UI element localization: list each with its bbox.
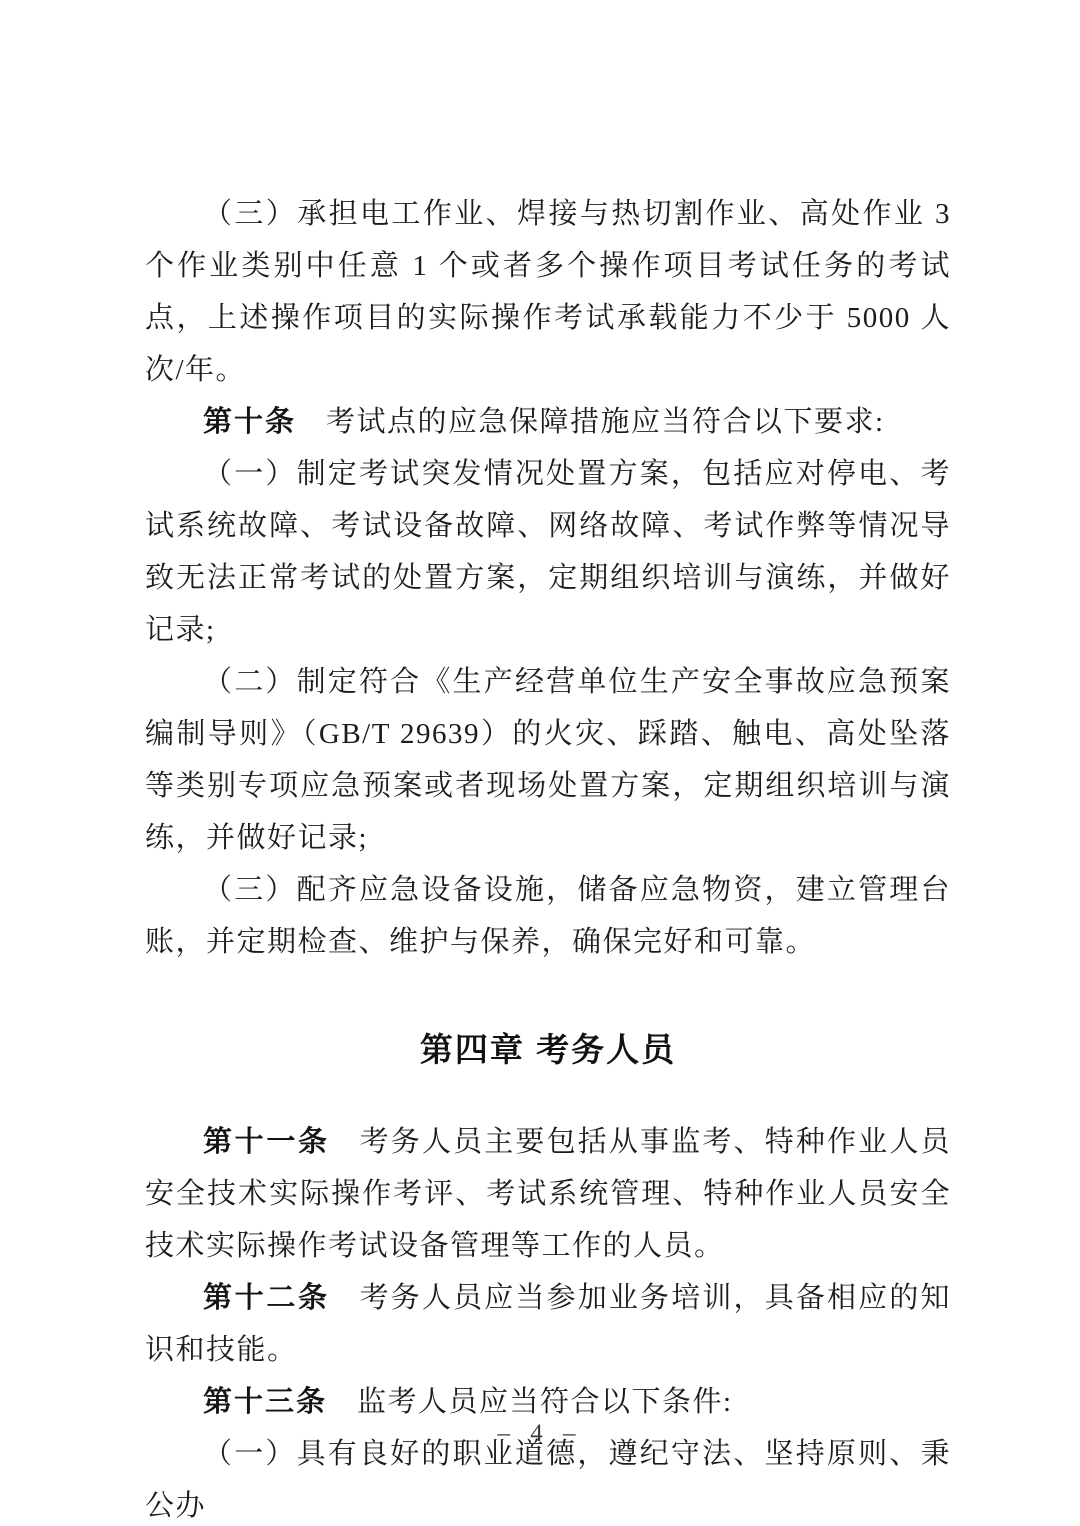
article-12: 第十二条考务人员应当参加业务培训，具备相应的知识和技能。 bbox=[145, 1272, 951, 1376]
article-10-text: 考试点的应急保障措施应当符合以下要求: bbox=[326, 406, 885, 438]
article-13-text: 监考人员应当符合以下条件: bbox=[357, 1386, 733, 1418]
page-footer: – 4 – bbox=[0, 1420, 1080, 1448]
article-12-number: 第十二条 bbox=[203, 1282, 330, 1314]
paragraph-text: （一）具有良好的职业道德，遵纪守法、坚持原则、秉公办 bbox=[145, 1438, 951, 1522]
document-page: （三）承担电工作业、焊接与热切割作业、高处作业 3 个作业类别中任意 1 个或者… bbox=[0, 0, 1080, 1526]
article-10-number: 第十条 bbox=[203, 406, 296, 438]
paragraph-item-2-special-plans: （二）制定符合《生产经营单位生产安全事故应急预案编制导则》（GB/T 29639… bbox=[145, 656, 951, 864]
article-11: 第十一条考务人员主要包括从事监考、特种作业人员安全技术实际操作考评、考试系统管理… bbox=[145, 1116, 951, 1272]
paragraph-text: （二）制定符合《生产经营单位生产安全事故应急预案编制导则》（GB/T 29639… bbox=[145, 666, 951, 854]
paragraph-item-3-equipment: （三）配齐应急设备设施，储备应急物资，建立管理台账，并定期检查、维护与保养，确保… bbox=[145, 864, 951, 968]
chapter-heading: 第四章 考务人员 bbox=[145, 1024, 951, 1076]
page-number: – 4 – bbox=[498, 1420, 583, 1447]
paragraph-text: （三）承担电工作业、焊接与热切割作业、高处作业 3 个作业类别中任意 1 个或者… bbox=[145, 198, 951, 386]
paragraph-text: （一）制定考试突发情况处置方案，包括应对停电、考试系统故障、考试设备故障、网络故… bbox=[145, 458, 951, 646]
article-11-number: 第十一条 bbox=[203, 1126, 330, 1158]
article-13-number: 第十三条 bbox=[203, 1386, 327, 1418]
paragraph-item-3-exam-capacity: （三）承担电工作业、焊接与热切割作业、高处作业 3 个作业类别中任意 1 个或者… bbox=[145, 188, 951, 396]
paragraph-item-1-emergency-plan: （一）制定考试突发情况处置方案，包括应对停电、考试系统故障、考试设备故障、网络故… bbox=[145, 448, 951, 656]
document-content: （三）承担电工作业、焊接与热切割作业、高处作业 3 个作业类别中任意 1 个或者… bbox=[145, 188, 951, 1526]
paragraph-text: （三）配齐应急设备设施，储备应急物资，建立管理台账，并定期检查、维护与保养，确保… bbox=[145, 874, 951, 958]
article-10: 第十条考试点的应急保障措施应当符合以下要求: bbox=[145, 396, 951, 448]
